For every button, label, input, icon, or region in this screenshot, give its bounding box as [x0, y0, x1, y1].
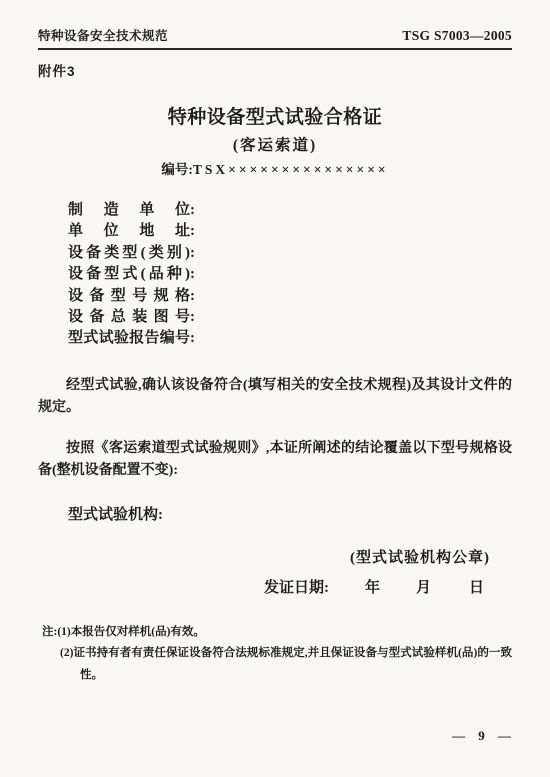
serial-value: TSX×××××××××××××××: [193, 162, 389, 177]
form-fields: 制造单位: 单位地址: 设备类型(类别): 设备型式(品种): 设备型号规格: …: [38, 200, 512, 350]
test-org-label: 型式试验机构:: [38, 505, 512, 526]
paragraph-conformity: 经型式试验,确认该设备符合(填写相关的安全技术规程)及其设计文件的规定。: [38, 375, 512, 420]
document-header: 特种设备安全技术规范 TSG S7003—2005: [38, 28, 512, 50]
field-label: 制造单位: [68, 200, 190, 221]
issue-date-month: 月: [416, 578, 431, 599]
issue-date-label: 发证日期:: [264, 578, 329, 599]
certificate-page: 特种设备安全技术规范 TSG S7003—2005 附件3 特种设备型式试验合格…: [0, 0, 550, 777]
field-colon: :: [190, 266, 195, 282]
serial-label: 编号:: [161, 162, 193, 177]
field-label: 设备型号规格: [68, 286, 190, 307]
field-manufacturer: 制造单位:: [68, 200, 512, 221]
footnote-2: (2)证书持有者有责任保证设备符合法规标准规定,并且保证设备与型式试验样机(品)…: [42, 643, 512, 686]
field-label: 设备类型(类别): [68, 243, 190, 264]
field-colon: :: [190, 309, 195, 325]
certificate-subtitle: (客运索道): [38, 135, 512, 157]
field-label: 设备型式(品种): [68, 264, 190, 285]
field-colon: :: [190, 223, 195, 239]
field-address: 单位地址:: [68, 221, 512, 242]
field-test-report-no: 型式试验报告编号:: [68, 328, 512, 349]
footnotes: 注:(1)本报告仅对样机(品)有效。 (2)证书持有者有责任保证设备符合法规标准…: [42, 622, 512, 687]
field-model-spec: 设备型号规格:: [68, 286, 512, 307]
field-colon: :: [190, 245, 195, 261]
certificate-title: 特种设备型式试验合格证: [38, 105, 512, 131]
field-device-variety: 设备型式(品种):: [68, 264, 512, 285]
issue-date-day: 日: [469, 578, 484, 599]
field-label: 型式试验报告编号: [68, 328, 190, 349]
field-assembly-drawing-no: 设备总装图号:: [68, 307, 512, 328]
paragraph-coverage: 按照《客运索道型式试验规则》,本证所阐述的结论覆盖以下型号规格设备(整机设备配置…: [38, 438, 512, 483]
field-colon: :: [190, 330, 195, 346]
field-device-category: 设备类型(类别):: [68, 243, 512, 264]
page-number: — 9 —: [452, 728, 512, 744]
field-colon: :: [190, 202, 195, 218]
doc-code: TSG S7003—2005: [402, 28, 512, 44]
serial-line: 编号:TSX×××××××××××××××: [38, 160, 512, 179]
attachment-label: 附件3: [38, 63, 512, 80]
spec-title: 特种设备安全技术规范: [38, 28, 168, 44]
issue-date-year: 年: [365, 578, 380, 599]
field-label: 设备总装图号: [68, 307, 190, 328]
footnote-1: 注:(1)本报告仅对样机(品)有效。: [42, 622, 512, 644]
field-colon: :: [190, 288, 195, 304]
stamp-note: (型式试验机构公章): [38, 548, 512, 569]
issue-date-line: 发证日期:年月日: [38, 578, 512, 599]
field-label: 单位地址: [68, 221, 190, 242]
